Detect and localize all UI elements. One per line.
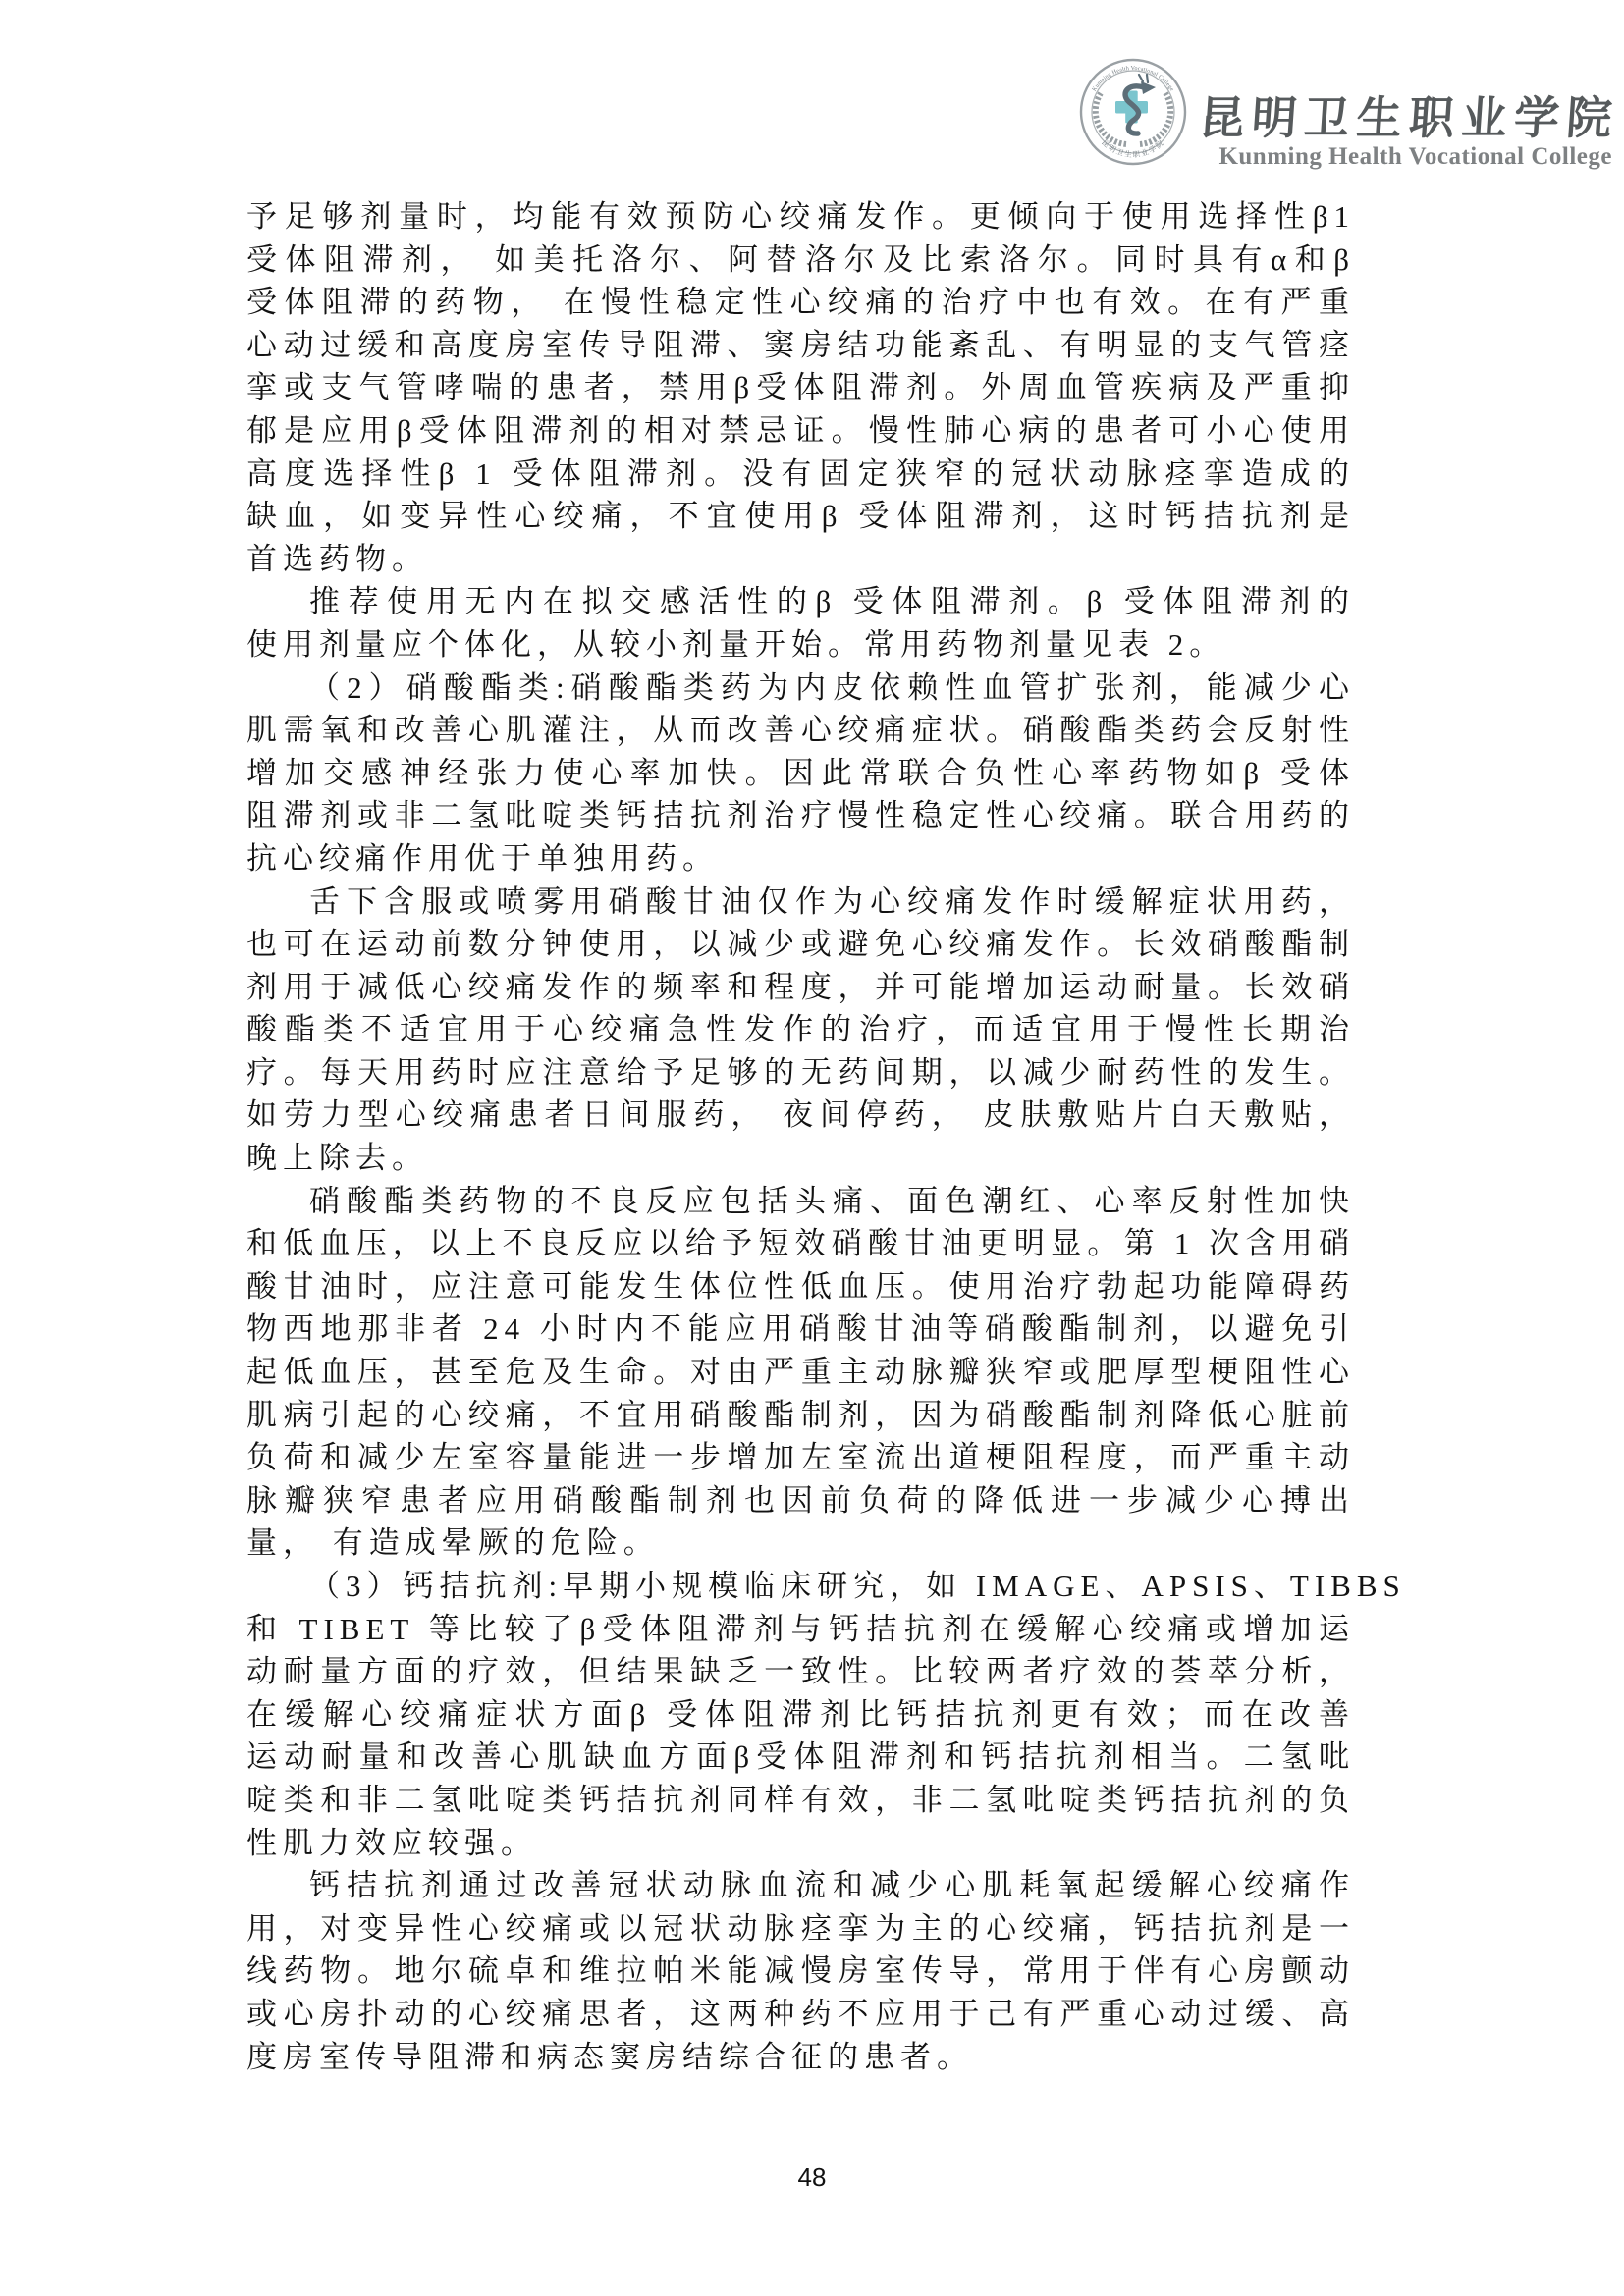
text-line: 动耐量方面的疗效，但结果缺乏一致性。比较两者疗效的荟萃分析， bbox=[246, 1650, 1355, 1693]
page-number: 48 bbox=[0, 2163, 1624, 2193]
text-line: 硝酸酯类药物的不良反应包括头痛、面色潮红、心率反射性加快 bbox=[246, 1180, 1355, 1223]
text-line: 肌需氧和改善心肌灌注，从而改善心绞痛症状。硝酸酯类药会反射性 bbox=[246, 709, 1355, 752]
text-line: 心动过缓和高度房室传导阻滞、窦房结功能紊乱、有明显的支气管痉 bbox=[246, 324, 1355, 367]
paragraph: 推荐使用无内在拟交感活性的β 受体阻滞剂。β 受体阻滞剂的使用剂量应个体化，从较… bbox=[246, 580, 1355, 666]
text-line: 线药物。地尔硫卓和维拉帕米能减慢房室传导，常用于伴有心房颤动 bbox=[246, 1949, 1355, 1993]
text-line: 啶类和非二氢吡啶类钙拮抗剂同样有效，非二氢吡啶类钙拮抗剂的负 bbox=[246, 1779, 1355, 1822]
text-line: 阻滞剂或非二氢吡啶类钙拮抗剂治疗慢性稳定性心绞痛。联合用药的 bbox=[246, 794, 1355, 837]
text-line: 予足够剂量时，均能有效预防心绞痛发作。更倾向于使用选择性β1 bbox=[246, 195, 1355, 239]
text-line: 起低血压，甚至危及生命。对由严重主动脉瓣狭窄或肥厚型梗阻性心 bbox=[246, 1351, 1355, 1394]
text-line: 缺血，如变异性心绞痛，不宜使用β 受体阻滞剂，这时钙拮抗剂是 bbox=[246, 495, 1355, 538]
text-line: 物西地那非者 24 小时内不能应用硝酸甘油等硝酸酯制剂，以避免引 bbox=[246, 1308, 1355, 1351]
paragraph: 硝酸酯类药物的不良反应包括头痛、面色潮红、心率反射性加快和低血压，以上不良反应以… bbox=[246, 1180, 1355, 1565]
text-line: 郁是应用β受体阻滞剂的相对禁忌证。慢性肺心病的患者可小心使用 bbox=[246, 409, 1355, 453]
text-line: 量， 有造成晕厥的危险。 bbox=[246, 1522, 1355, 1565]
paragraph: 予足够剂量时，均能有效预防心绞痛发作。更倾向于使用选择性β1受体阻滞剂， 如美托… bbox=[246, 195, 1355, 580]
text-line: 酸甘油时，应注意可能发生体位性低血压。使用治疗勃起功能障碍药 bbox=[246, 1265, 1355, 1308]
text-line: 钙拮抗剂通过改善冠状动脉血流和减少心肌耗氧起缓解心绞痛作 bbox=[246, 1864, 1355, 1907]
text-line: 如劳力型心绞痛患者日间服药， 夜间停药， 皮肤敷贴片白天敷贴， bbox=[246, 1094, 1355, 1137]
paragraph: （3）钙拮抗剂:早期小规模临床研究，如 IMAGE、APSIS、TIBBS和 T… bbox=[246, 1565, 1355, 1864]
text-line: 度房室传导阻滞和病态窦房结综合征的患者。 bbox=[246, 2036, 1355, 2079]
text-line: 在缓解心绞痛症状方面β 受体阻滞剂比钙拮抗剂更有效；而在改善 bbox=[246, 1693, 1355, 1736]
text-line: 晚上除去。 bbox=[246, 1137, 1355, 1180]
text-line: 受体阻滞的药物， 在慢性稳定性心绞痛的治疗中也有效。在有严重 bbox=[246, 281, 1355, 324]
text-line: 性肌力效应较强。 bbox=[246, 1822, 1355, 1865]
text-line: 受体阻滞剂， 如美托洛尔、阿替洛尔及比索洛尔。同时具有α和β bbox=[246, 239, 1355, 282]
paragraph: （2）硝酸酯类:硝酸酯类药为内皮依赖性血管扩张剂，能减少心肌需氧和改善心肌灌注，… bbox=[246, 667, 1355, 881]
college-name-en: Kunming Health Vocational College bbox=[1188, 143, 1612, 171]
college-logo: Kunming Health Vocational College 昆明卫生职业… bbox=[1078, 57, 1188, 167]
paragraph: 舌下含服或喷雾用硝酸甘油仅作为心绞痛发作时缓解症状用药，也可在运动前数分钟使用，… bbox=[246, 881, 1355, 1180]
college-name-zh: 昆明卫生职业学院 bbox=[1198, 82, 1614, 139]
text-line: 疗。每天用药时应注意给予足够的无药间期，以减少耐药性的发生。 bbox=[246, 1051, 1355, 1095]
paragraph: 钙拮抗剂通过改善冠状动脉血流和减少心肌耗氧起缓解心绞痛作用，对变异性心绞痛或以冠… bbox=[246, 1864, 1355, 2078]
text-line: （3）钙拮抗剂:早期小规模临床研究，如 IMAGE、APSIS、TIBBS bbox=[246, 1565, 1355, 1608]
text-line: 舌下含服或喷雾用硝酸甘油仅作为心绞痛发作时缓解症状用药， bbox=[246, 881, 1355, 924]
text-line: 脉瓣狭窄患者应用硝酸酯制剂也因前负荷的降低进一步减少心搏出 bbox=[246, 1479, 1355, 1522]
text-line: 和低血压，以上不良反应以给予短效硝酸甘油更明显。第 1 次含用硝 bbox=[246, 1222, 1355, 1265]
text-line: 剂用于减低心绞痛发作的频率和程度，并可能增加运动耐量。长效硝 bbox=[246, 966, 1355, 1009]
text-line: 抗心绞痛作用优于单独用药。 bbox=[246, 837, 1355, 881]
document-body: 予足够剂量时，均能有效预防心绞痛发作。更倾向于使用选择性β1受体阻滞剂， 如美托… bbox=[246, 195, 1355, 2078]
text-line: 推荐使用无内在拟交感活性的β 受体阻滞剂。β 受体阻滞剂的 bbox=[246, 580, 1355, 623]
text-line: 使用剂量应个体化，从较小剂量开始。常用药物剂量见表 2。 bbox=[246, 623, 1355, 667]
text-line: 运动耐量和改善心肌缺血方面β受体阻滞剂和钙拮抗剂相当。二氢吡 bbox=[246, 1735, 1355, 1779]
text-line: 也可在运动前数分钟使用，以减少或避免心绞痛发作。长效硝酸酯制 bbox=[246, 923, 1355, 966]
text-line: （2）硝酸酯类:硝酸酯类药为内皮依赖性血管扩张剂，能减少心 bbox=[246, 667, 1355, 710]
text-line: 负荷和减少左室容量能进一步增加左室流出道梗阻程度，而严重主动 bbox=[246, 1436, 1355, 1479]
text-line: 增加交感神经张力使心率加快。因此常联合负性心率药物如β 受体 bbox=[246, 752, 1355, 795]
text-line: 挛或支气管哮喘的患者，禁用β受体阻滞剂。外周血管疾病及严重抑 bbox=[246, 366, 1355, 409]
text-line: 首选药物。 bbox=[246, 538, 1355, 581]
document-page: Kunming Health Vocational College 昆明卫生职业… bbox=[0, 0, 1624, 2296]
text-line: 和 TIBET 等比较了β受体阻滞剂与钙拮抗剂在缓解心绞痛或增加运 bbox=[246, 1608, 1355, 1651]
text-line: 酸酯类不适宜用于心绞痛急性发作的治疗，而适宜用于慢性长期治 bbox=[246, 1008, 1355, 1051]
text-line: 用，对变异性心绞痛或以冠状动脉痉挛为主的心绞痛，钙拮抗剂是一 bbox=[246, 1907, 1355, 1950]
text-line: 高度选择性β 1 受体阻滞剂。没有固定狭窄的冠状动脉痉挛造成的 bbox=[246, 453, 1355, 496]
text-line: 或心房扑动的心绞痛思者，这两种药不应用于己有严重心动过缓、高 bbox=[246, 1993, 1355, 2036]
text-line: 肌病引起的心绞痛，不宜用硝酸酯制剂，因为硝酸酯制剂降低心脏前 bbox=[246, 1394, 1355, 1437]
